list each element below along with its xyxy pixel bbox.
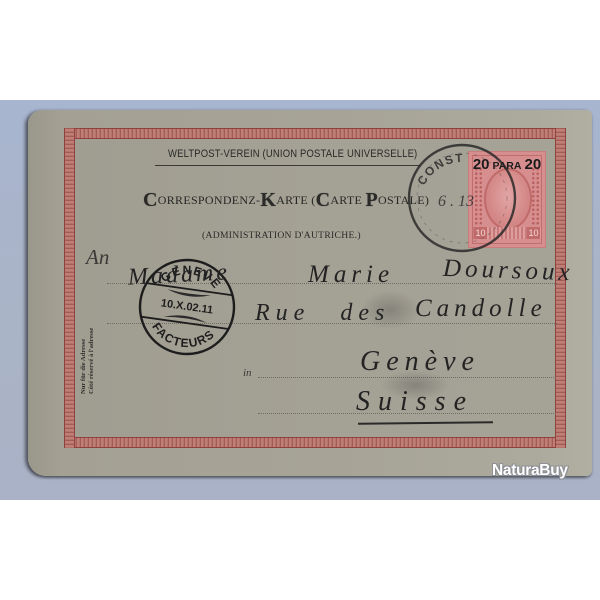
administration-subtitle: (ADMINISTRATION D'AUTRICHE.) bbox=[202, 230, 361, 241]
border-left bbox=[64, 128, 75, 448]
watermark-logo: NaturaBuy bbox=[492, 462, 568, 480]
stamp-column-right bbox=[531, 167, 540, 225]
handwritten-street-b: Candolle bbox=[415, 295, 547, 323]
upu-header: WELTPOST-VEREIN (UNION POSTALE UNIVERSEL… bbox=[168, 148, 417, 160]
handwritten-country: Suisse bbox=[356, 386, 474, 418]
side-note-french: Côté réservé à l'adresse bbox=[88, 312, 96, 394]
arrival-postmark-date: 10.X.02.11 bbox=[160, 297, 214, 316]
title-initial: P bbox=[365, 189, 378, 211]
handwritten-first-name: Marie bbox=[308, 261, 394, 289]
departure-postmark-date: 6 . 13 bbox=[438, 193, 474, 210]
title-initial: C bbox=[316, 189, 331, 211]
departure-postmark-top-text: CONST bbox=[414, 151, 464, 188]
card-title: CORRESPONDENZ-KARTE (CARTE POSTALE) bbox=[143, 189, 429, 212]
handwritten-salutation: Madame bbox=[127, 259, 230, 291]
handwritten-city: Genève bbox=[360, 346, 480, 378]
stamp-value-right: 10 bbox=[527, 227, 540, 239]
title-text: ARTE ( bbox=[276, 193, 315, 207]
handwritten-street-a: Rue des bbox=[255, 300, 390, 327]
overprint-right: 20 bbox=[524, 156, 541, 173]
side-note-german: Nur für die Adresse bbox=[80, 312, 88, 394]
title-text: ORRESPONDENZ- bbox=[158, 193, 261, 207]
title-text: ARTE bbox=[330, 193, 365, 207]
address-side-note: Nur für die Adresse Côté réservé à l'adr… bbox=[80, 312, 100, 394]
title-initial: C bbox=[143, 189, 158, 211]
svg-text:CONST: CONST bbox=[414, 151, 464, 188]
handwritten-last-name: Doursoux bbox=[443, 255, 575, 288]
header-rule bbox=[155, 165, 420, 166]
departure-postmark: CONST 6 . 13 bbox=[406, 142, 518, 254]
border-right bbox=[555, 128, 566, 448]
border-bottom bbox=[64, 437, 566, 448]
city-label: in bbox=[243, 367, 252, 379]
border-top bbox=[64, 128, 566, 139]
address-label: An bbox=[86, 245, 109, 270]
title-initial: K bbox=[260, 189, 276, 211]
